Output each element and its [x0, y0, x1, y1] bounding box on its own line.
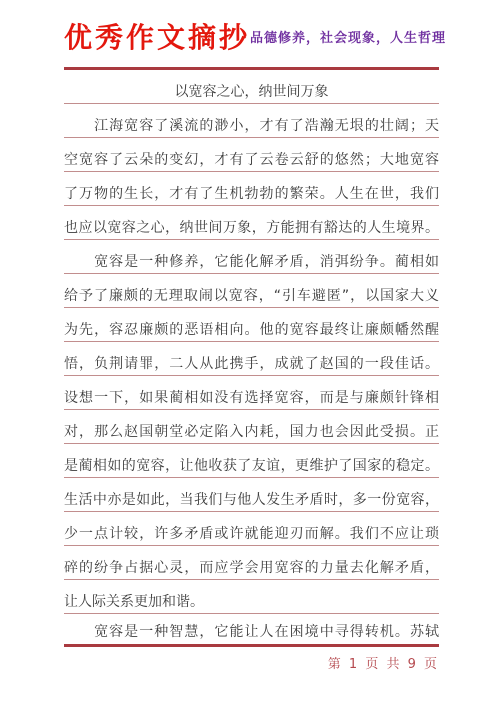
essay-line: 了万物的生长，才有了生机勃勃的繁荣。人生在世，我们 — [64, 172, 439, 206]
essay-line: 给予了廉颇的无理取闹以宽容，“引车避匿”，以国家大义 — [64, 274, 439, 308]
page-footer: 第 1 页 共 9 页 — [64, 653, 439, 672]
footer-divider — [64, 644, 439, 647]
header-subtitle: 品德修养，社会现象，人生哲理 — [250, 27, 446, 46]
header-title: 优秀作文摘抄 — [64, 23, 250, 53]
essay-line: 是蔺相如的宽容，让他收获了友谊，更维护了国家的稳定。 — [64, 444, 439, 478]
essay-line: 也应以宽容之心，纳世间万象，方能拥有豁达的人生境界。 — [64, 206, 439, 240]
page-header: 优秀作文摘抄 品德修养，社会现象，人生哲理 — [64, 0, 439, 67]
page-number: 第 1 页 共 9 页 — [328, 657, 439, 672]
essay-line: 让人际关系更加和谐。 — [64, 580, 439, 614]
essay-line: 设想一下，如果蔺相如没有选择宽容，而是与廉颇针锋相 — [64, 376, 439, 410]
essay-line: 碎的纷争占据心灵，而应学会用宽容的力量去化解矛盾， — [64, 546, 439, 580]
essay-line: 生活中亦是如此，当我们与他人发生矛盾时，多一份宽容， — [64, 478, 439, 512]
essay-line: 少一点计较，许多矛盾或许就能迎刃而解。我们不应让琐 — [64, 512, 439, 546]
essay-line: 为先，容忍廉颇的恶语相向。他的宽容最终让廉颇幡然醒 — [64, 308, 439, 342]
essay-body: 以宽容之心，纳世间万象 江海宽容了溪流的渺小，才有了浩瀚无垠的壮阔；天 空宽容了… — [64, 70, 439, 644]
essay-title: 以宽容之心，纳世间万象 — [64, 70, 439, 104]
document-page: 优秀作文摘抄 品德修养，社会现象，人生哲理 以宽容之心，纳世间万象 江海宽容了溪… — [0, 0, 500, 707]
essay-line: 江海宽容了溪流的渺小，才有了浩瀚无垠的壮阔；天 — [64, 104, 439, 138]
essay-line: 空宽容了云朵的变幻，才有了云卷云舒的悠然；大地宽容 — [64, 138, 439, 172]
essay-line: 对，那么赵国朝堂必定陷入内耗，国力也会因此受损。正 — [64, 410, 439, 444]
essay-line: 宽容是一种修养，它能化解矛盾，消弭纷争。蔺相如 — [64, 240, 439, 274]
page-content: 优秀作文摘抄 品德修养，社会现象，人生哲理 以宽容之心，纳世间万象 江海宽容了溪… — [64, 0, 439, 672]
essay-line: 悟，负荆请罪，二人从此携手，成就了赵国的一段佳话。 — [64, 342, 439, 376]
essay-line: 宽容是一种智慧，它能让人在困境中寻得转机。苏轼 — [64, 614, 439, 644]
